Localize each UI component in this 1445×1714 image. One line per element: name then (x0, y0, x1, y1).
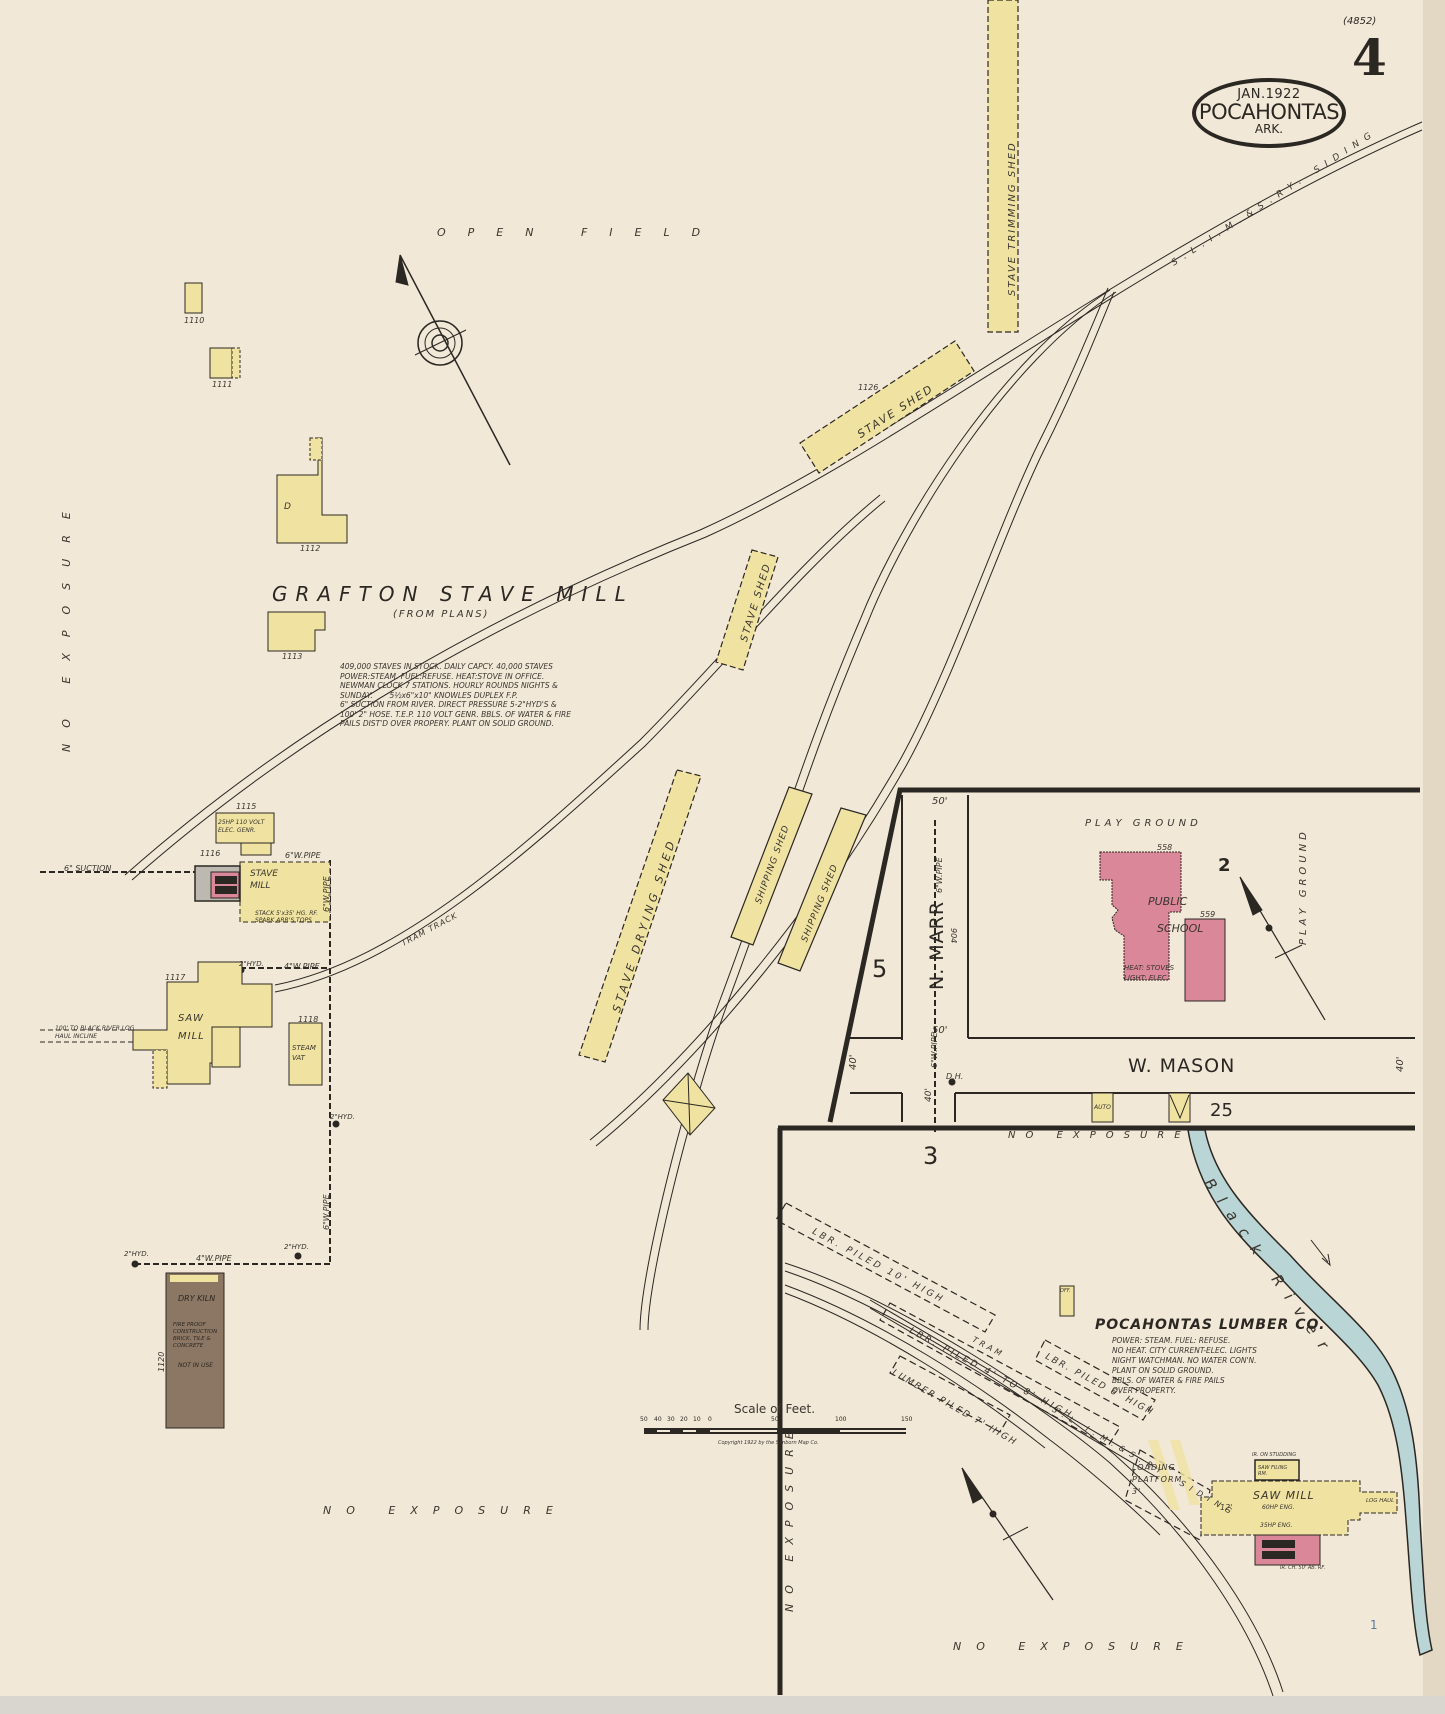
marr-pipe-label: 6"W.PIPE (935, 857, 944, 893)
bldg-1116-number: 1116 (200, 849, 220, 858)
bldg-1120-number: 1120 (157, 1352, 166, 1372)
state-name: ARK. (1196, 122, 1342, 136)
block-25: 25 (1210, 1100, 1233, 1121)
grafton-notes: 409,000 STAVES IN STOCK. DAILY CAPCY. 40… (340, 662, 571, 729)
compass-rose (396, 255, 510, 465)
bldg-1117-log-haul: 100' TO BLACK RIVER LOG HAUL INCLINE (55, 1025, 135, 1041)
lumber-engine-35: 35HP ENG. (1260, 1522, 1293, 1529)
dh-label: D.H. (946, 1072, 963, 1081)
scale-tick: 150 (901, 1416, 912, 1423)
lumber-saw-mill-label: SAW MILL (1253, 1489, 1315, 1502)
no-exposure-street-label: NO EXPOSURE (1008, 1130, 1191, 1141)
scale-bar (644, 1428, 906, 1434)
no-exposure-bottom-label: NO EXPOSURE (953, 1640, 1198, 1653)
no-exposure-vertical-label: NO EXPOSURE (783, 1422, 796, 1612)
pipe-6-side-label: 6"W.PIPE (322, 876, 331, 912)
scale-tick: 100 (835, 1416, 846, 1423)
scale-tick: 40 (654, 1416, 662, 1423)
bldg-1112-label: D (284, 502, 291, 512)
street-width-left: 40' (848, 1055, 859, 1070)
saw-filing-note: IR. ON STUDDING (1252, 1452, 1296, 1458)
scale-tick: 10 (693, 1416, 701, 1423)
saw-filing-room-label: SAW FILING RM. (1258, 1465, 1298, 1477)
scale-tick: 20 (680, 1416, 688, 1423)
street-w-mason: W. MASON (1128, 1055, 1235, 1077)
bldg-1120-detail: FIRE PROOF CONSTRUCTION BRICK, TILE & CO… (173, 1322, 223, 1350)
hydrant-label-4: 2"HYD. (284, 1243, 309, 1251)
hydrant-label-2: 2"HYD. (330, 1113, 355, 1121)
bldg-1118-number: 1118 (298, 1015, 318, 1024)
school-title-2: SCHOOL (1157, 922, 1203, 935)
pipe-4-bottom-label: 4"W.PIPE (196, 1254, 232, 1263)
pipe-4-top-label: 4"W.PIPE (284, 962, 320, 971)
block-2: 2 (1218, 855, 1231, 876)
bldg-1112-number: 1112 (300, 544, 320, 553)
street-n-marr: N. MARR (926, 901, 948, 990)
bldg-1120-label: DRY KILN (178, 1294, 218, 1304)
address-904: 904 (949, 928, 958, 943)
bldg-1120-status: NOT IN USE (178, 1362, 213, 1369)
log-haul-label: LOG HAUL (1366, 1498, 1394, 1504)
copyright: Copyright 1922 by the Sanborn Map Co. (718, 1440, 819, 1446)
bldg-1126-number: 1126 (858, 383, 878, 392)
block-5: 5 (872, 955, 887, 983)
grafton-title: GRAFTON STAVE MILL (272, 582, 634, 606)
play-ground-top-label: PLAY GROUND (1085, 818, 1202, 829)
scale-tick: 0 (708, 1416, 712, 1423)
block-3: 3 (923, 1142, 938, 1170)
hydrant-label-3: 2"HYD. (124, 1250, 149, 1258)
auto-label: AUTO (1094, 1104, 1111, 1111)
bldg-1118-label: STEAM VAT (292, 1043, 322, 1063)
page-marker: 1 (1370, 1618, 1378, 1632)
scale-tick: 30 (667, 1416, 675, 1423)
no-exposure-bottom-left-label: NO EXPOSURE (323, 1504, 568, 1517)
city-name: POCAHONTAS (1196, 102, 1342, 122)
scale-tick: 50 (771, 1416, 779, 1423)
bldg-1115-number: 1115 (236, 802, 256, 811)
pipe-6-top-label: 6"W.PIPE (285, 851, 321, 860)
street-width-right: 40' (1395, 1057, 1406, 1072)
map-sheet: (4852) 4 JAN.1922 POCAHONTAS ARK. OPEN F… (0, 0, 1445, 1714)
school-notes: HEAT: STOVES LIGHT: ELEC. (1124, 964, 1174, 983)
boiler-note: IR. CH. 50' AB. RF. (1280, 1565, 1325, 1571)
pipe-6-lower-label: 6"W.PIPE (322, 1194, 331, 1230)
lumber-engine-60: 60HP ENG. (1262, 1504, 1295, 1511)
title-cartouche: JAN.1922 POCAHONTAS ARK. (1192, 78, 1346, 148)
no-exposure-left-label: NO EXPOSURE (60, 496, 73, 752)
sheet-number: 4 (1352, 28, 1387, 87)
school-number-559: 559 (1200, 910, 1215, 919)
lumber-company-title: POCAHONTAS LUMBER CO. (1095, 1317, 1325, 1333)
school-number-558: 558 (1157, 843, 1172, 852)
bldg-1117-number: 1117 (165, 973, 185, 982)
marr-pipe-lower-label: 6"W.PIPE (930, 1032, 939, 1068)
office-label: OFF. (1060, 1288, 1071, 1294)
bldg-1127-label: STAVE TRIMMING SHED (1007, 141, 1018, 296)
scale-tick: 50 (640, 1416, 648, 1423)
street-width-top: 50' (932, 796, 947, 807)
scale-ticks: 50 40 30 20 10 0 50 100 150 (640, 1416, 920, 1426)
catalog-number: (4852) (1343, 16, 1376, 27)
bldg-1116-label: STAVE MILL (250, 868, 290, 892)
bldg-1111-number: 1111 (212, 380, 232, 389)
bldg-1115-label: 25HP 110 VOLT ELEC. GENR. (218, 819, 270, 835)
play-ground-side-label: PLAY GROUND (1298, 828, 1309, 945)
grafton-subtitle: (FROM PLANS) (393, 609, 489, 620)
lumber-company-notes: POWER: STEAM. FUEL: REFUSE. NO HEAT. CIT… (1112, 1336, 1257, 1396)
bldg-1113-number: 1113 (282, 652, 302, 661)
hydrant-label-1: 2"HYD. (239, 960, 264, 968)
street-width-bottom: 40' (924, 1088, 934, 1102)
bldg-1116-note: STACK 5'x35' HG. RF. SPARK ARR'S TOPS (255, 910, 330, 924)
bldg-1110-number: 1110 (184, 316, 204, 325)
open-field-label: OPEN FIELD (437, 226, 722, 239)
suction-label: 6" SUCTION (64, 864, 111, 873)
school-title-1: PUBLIC (1148, 895, 1187, 908)
bldg-1117-label: SAW MILL (178, 1010, 218, 1046)
scale-title: Scale of Feet. (734, 1402, 815, 1416)
